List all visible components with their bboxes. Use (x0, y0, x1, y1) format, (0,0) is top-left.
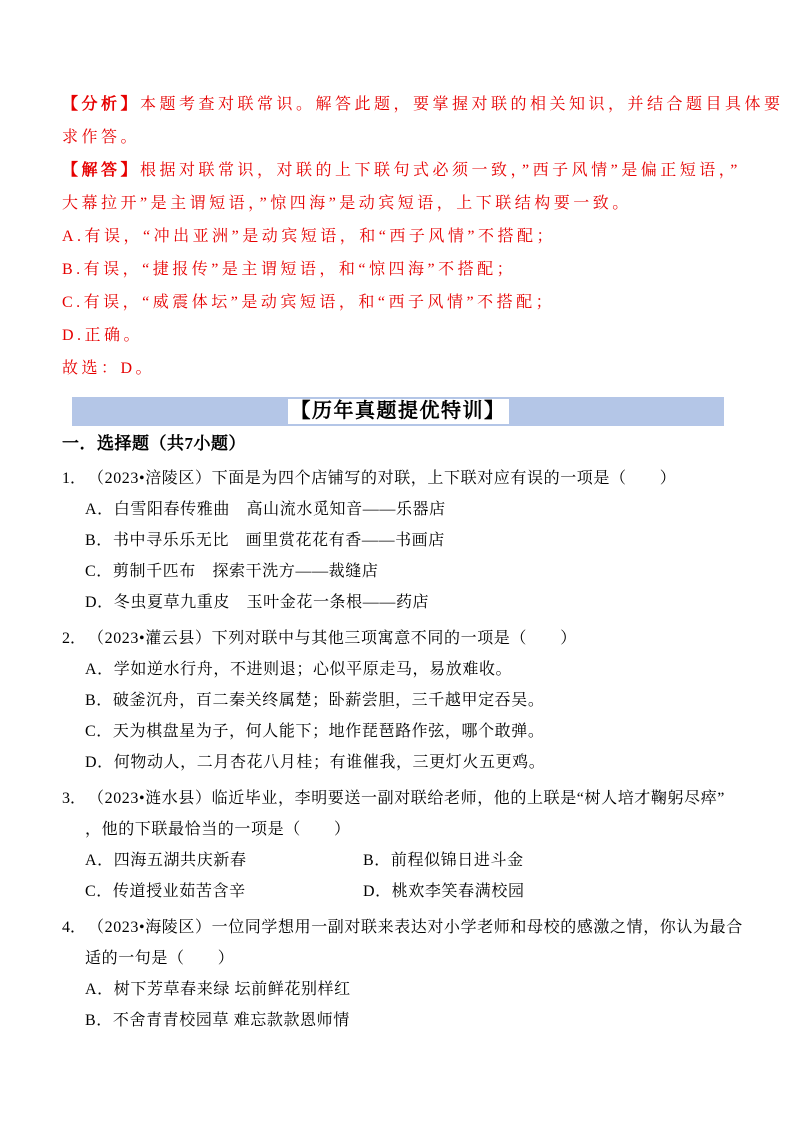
question-3-option-b: B．前程似锦日进斗金 (363, 845, 724, 876)
analysis-text: 本题考查对联常识。解答此题，要掌握对联的相关知识，并结合题目具体要 (140, 96, 784, 113)
answer-label: 【解答】 (62, 162, 140, 179)
question-3-stem-continued: ，他的下联最恰当的一项是（ ） (62, 814, 724, 845)
answer-line: 【解答】根据对联常识，对联的上下联句式必须一致，”西子风情”是偏正短语，” (62, 154, 724, 187)
question-2-option-a: A．学如逆水行舟，不进则退；心似平原走马，易放难收。 (62, 654, 724, 685)
question-1: 1．（2023•涪陵区）下面是为四个店铺写的对联，上下联对应有误的一项是（ ） … (62, 463, 724, 618)
question-2-option-c: C．天为棋盘星为子，何人能下；地作琵琶路作弦，哪个敢弹。 (62, 716, 724, 747)
question-1-option-c: C．剪制千匹布 探索干洗方——裁缝店 (62, 556, 724, 587)
question-4-option-a: A．树下芳草春来绿 坛前鲜花别样红 (62, 974, 724, 1005)
conclusion-line: 故选：D。 (62, 352, 724, 385)
question-3-number: 3． (62, 783, 88, 814)
section-heading: 一．选择题（共7小题） (62, 431, 724, 457)
document-page: 【分析】本题考查对联常识。解答此题，要掌握对联的相关知识，并结合题目具体要 求作… (0, 0, 794, 1123)
question-1-stem-text: （2023•涪陵区）下面是为四个店铺写的对联，上下联对应有误的一项是（ ） (88, 470, 676, 487)
question-2: 2．（2023•灌云县）下列对联中与其他三项寓意不同的一项是（ ） A．学如逆水… (62, 623, 724, 778)
question-2-option-b: B．破釜沉舟，百二秦关终属楚；卧薪尝胆，三千越甲定吞吴。 (62, 685, 724, 716)
analysis-line: 求作答。 (62, 121, 724, 154)
question-4-stem-continued: 适的一句是（ ） (62, 943, 724, 974)
question-3-options: A．四海五湖共庆新春 B．前程似锦日进斗金 C．传道授业茹苦含辛 D．桃欢李笑春… (62, 845, 724, 907)
judgment-line-b: B.有误，“捷报传”是主谓短语，和“惊四海”不搭配； (62, 253, 724, 286)
answer-line: 大幕拉开”是主谓短语，”惊四海”是动宾短语，上下联结构要一致。 (62, 187, 724, 220)
page-content: 【分析】本题考查对联常识。解答此题，要掌握对联的相关知识，并结合题目具体要 求作… (0, 0, 794, 1036)
question-4-stem-text: （2023•海陵区）一位同学想用一副对联来表达对小学老师和母校的感激之情，你认为… (88, 919, 743, 936)
analysis-label: 【分析】 (62, 96, 140, 113)
question-1-number: 1． (62, 463, 88, 494)
question-2-number: 2． (62, 623, 88, 654)
analysis-line: 【分析】本题考查对联常识。解答此题，要掌握对联的相关知识，并结合题目具体要 (62, 88, 724, 121)
question-1-stem: 1．（2023•涪陵区）下面是为四个店铺写的对联，上下联对应有误的一项是（ ） (62, 463, 724, 494)
question-1-option-a: A．白雪阳春传雅曲 高山流水觅知音——乐器店 (62, 494, 724, 525)
question-1-option-d: D．冬虫夏草九重皮 玉叶金花一条根——药店 (62, 587, 724, 618)
question-3-stem-text: （2023•涟水县）临近毕业，李明要送一副对联给老师，他的上联是“树人培才鞠躬尽… (88, 790, 725, 807)
question-3-option-c: C．传道授业茹苦含辛 (85, 876, 363, 907)
question-2-stem-text: （2023•灌云县）下列对联中与其他三项寓意不同的一项是（ ） (88, 630, 577, 647)
question-4: 4．（2023•海陵区）一位同学想用一副对联来表达对小学老师和母校的感激之情，你… (62, 912, 724, 1036)
banner-title: 【历年真题提优特训】 (288, 399, 509, 424)
question-1-option-b: B．书中寻乐乐无比 画里赏花花有香——书画店 (62, 525, 724, 556)
section-banner: 【历年真题提优特训】 (72, 397, 724, 426)
question-3-option-d: D．桃欢李笑春满校园 (363, 876, 724, 907)
question-3-stem: 3．（2023•涟水县）临近毕业，李明要送一副对联给老师，他的上联是“树人培才鞠… (62, 783, 724, 814)
question-2-stem: 2．（2023•灌云县）下列对联中与其他三项寓意不同的一项是（ ） (62, 623, 724, 654)
question-4-stem: 4．（2023•海陵区）一位同学想用一副对联来表达对小学老师和母校的感激之情，你… (62, 912, 724, 943)
question-3-option-a: A．四海五湖共庆新春 (85, 845, 363, 876)
question-4-number: 4． (62, 912, 88, 943)
question-3: 3．（2023•涟水县）临近毕业，李明要送一副对联给老师，他的上联是“树人培才鞠… (62, 783, 724, 907)
judgment-line-c: C.有误，“威震体坛”是动宾短语，和“西子风情”不搭配； (62, 286, 724, 319)
analysis-answer-block: 【分析】本题考查对联常识。解答此题，要掌握对联的相关知识，并结合题目具体要 求作… (62, 88, 724, 385)
judgment-line-d: D.正确。 (62, 319, 724, 352)
question-4-option-b: B．不舍青青校园草 难忘款款恩师情 (62, 1005, 724, 1036)
question-2-option-d: D．何物动人，二月杏花八月桂；有谁催我，三更灯火五更鸡。 (62, 747, 724, 778)
answer-text: 根据对联常识，对联的上下联句式必须一致，”西子风情”是偏正短语，” (140, 162, 741, 179)
judgment-line-a: A.有误，“冲出亚洲”是动宾短语，和“西子风情”不搭配； (62, 220, 724, 253)
